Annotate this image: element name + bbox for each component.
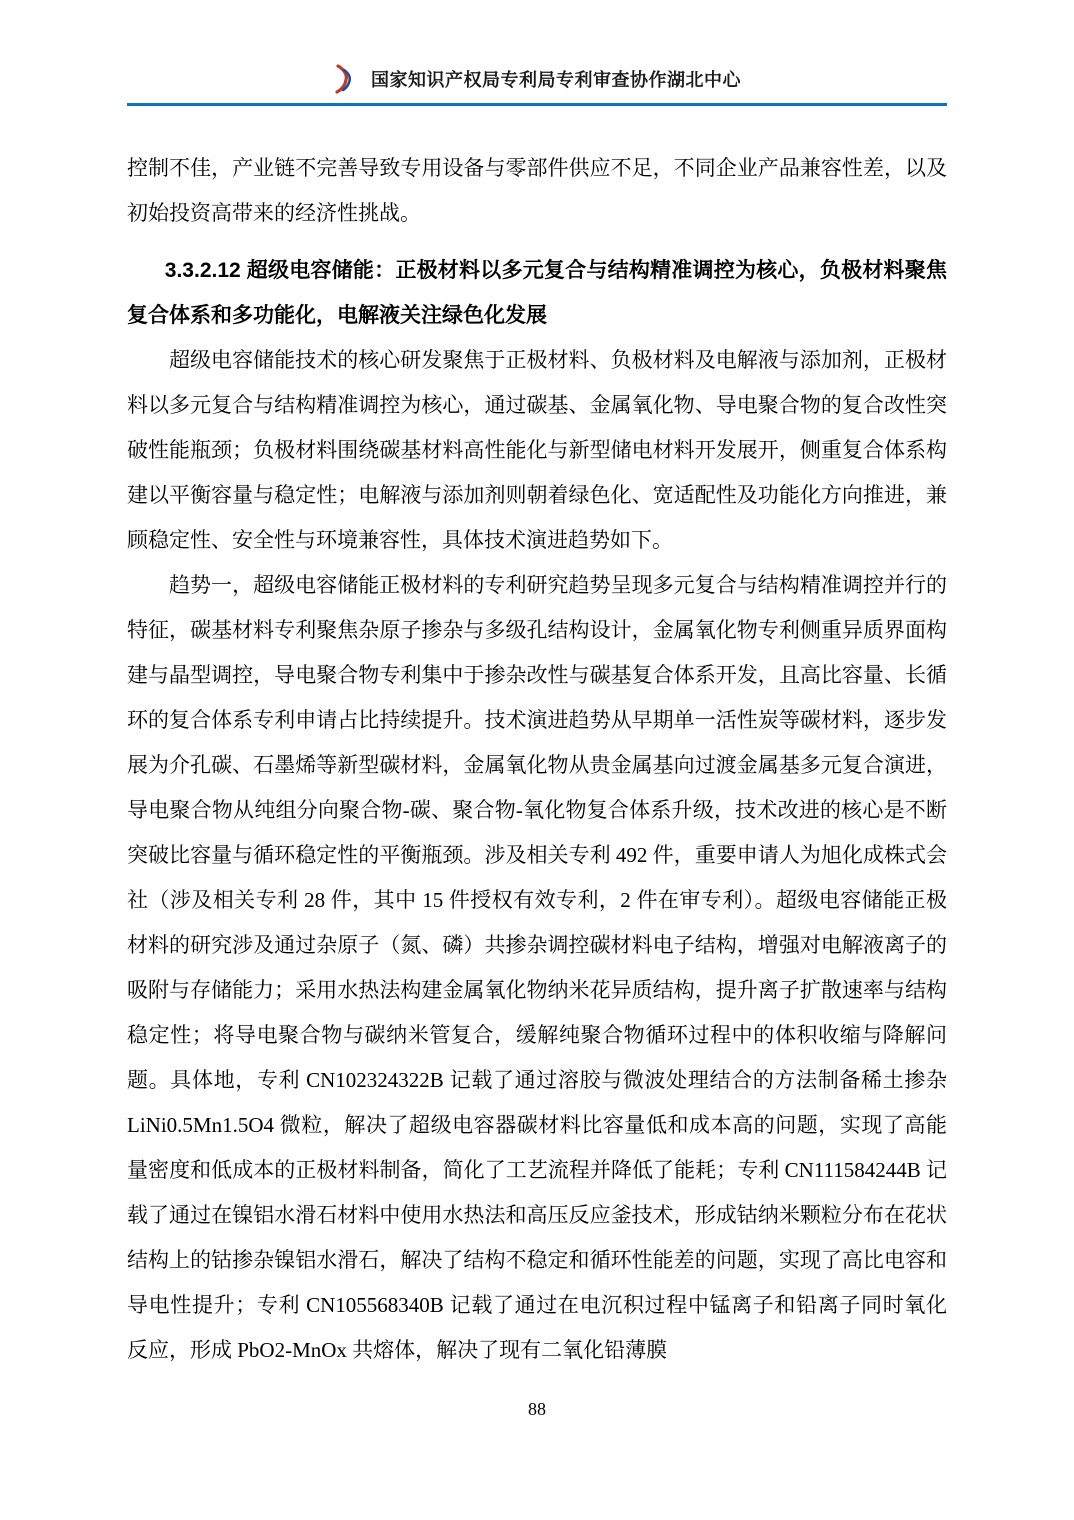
- page-number: 88: [0, 1399, 1074, 1420]
- paragraph-overview: 超级电容储能技术的核心研发聚焦于正极材料、负极材料及电解液与添加剂，正极材料以多…: [127, 338, 947, 563]
- document-page: 国家知识产权局专利局专利审查协作湖北中心 控制不佳，产业链不完善导致专用设备与零…: [0, 0, 1074, 1520]
- paragraph-continuation: 控制不佳，产业链不完善导致专用设备与零部件供应不足，不同企业产品兼容性差，以及初…: [127, 146, 947, 236]
- section-heading: 3.3.2.12 超级电容储能：正极材料以多元复合与结构精准调控为核心，负极材料…: [127, 248, 947, 338]
- document-body: 控制不佳，产业链不完善导致专用设备与零部件供应不足，不同企业产品兼容性差，以及初…: [127, 146, 947, 1373]
- paragraph-trend-one: 趋势一，超级电容储能正极材料的专利研究趋势呈现多元复合与结构精准调控并行的特征，…: [127, 563, 947, 1373]
- page-header: 国家知识产权局专利局专利审查协作湖北中心: [127, 64, 947, 106]
- org-name: 国家知识产权局专利局专利审查协作湖北中心: [371, 66, 741, 92]
- cnipa-logo-icon: [333, 64, 355, 94]
